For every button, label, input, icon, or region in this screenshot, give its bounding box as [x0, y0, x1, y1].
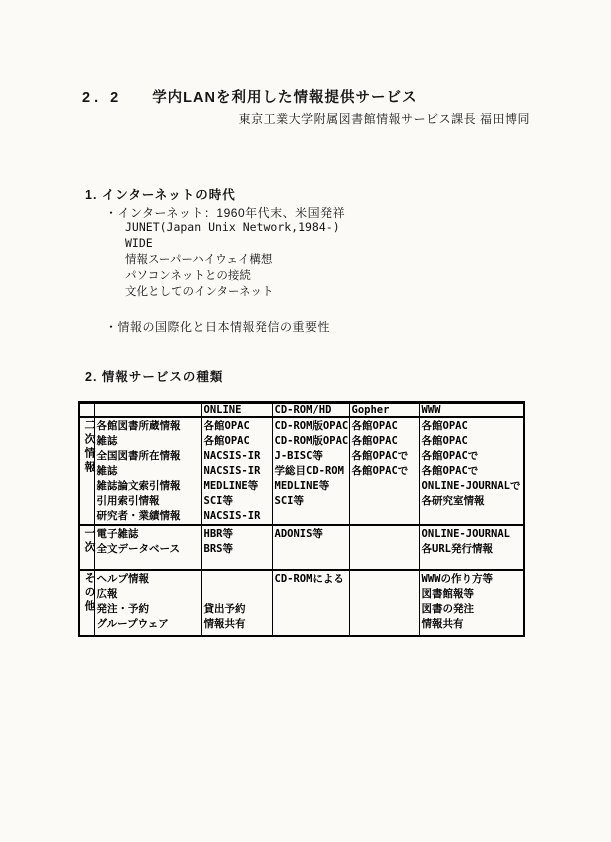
table-cell-line: 情報共有: [204, 617, 270, 632]
table-cell-line: 各館図書所蔵情報: [97, 419, 199, 434]
section1-subitem: 文化としてのインターネット: [125, 283, 340, 299]
table-cell-line: 雑誌論文索引情報: [97, 479, 199, 494]
table-cell-line: CD-ROM版OPAC: [275, 434, 347, 449]
table-cell: CD-ROM版OPACCD-ROM版OPACJ-BISC等学総目CD-ROMME…: [272, 417, 349, 525]
table-cell-line: 各研究室情報: [422, 494, 522, 509]
table-cell-line: SCI等: [204, 494, 270, 509]
group-label: 一次: [79, 525, 94, 570]
table-cell-line: SCI等: [275, 494, 347, 509]
table-cell: 電子雑誌全文データベース: [94, 525, 201, 570]
table-cell-line: グループウェア: [97, 617, 199, 632]
table-cell-line: [352, 587, 417, 602]
table-cell-line: 研究者・業績情報: [97, 509, 199, 524]
section1-subitem: WIDE: [125, 235, 340, 251]
table-group-row: その他ヘルプ情報広報発注・予約グループウェア 貸出予約情報共有CD-ROMによる…: [79, 570, 524, 636]
table-cell-line: 広報: [97, 587, 199, 602]
section1-subitem: 情報スーパーハイウェイ構想: [125, 251, 340, 267]
table-cell-line: [352, 509, 417, 524]
table-cell-line: 図書の発注: [422, 602, 522, 617]
table-cell-line: NACSIS-IR: [204, 464, 270, 479]
table-cell-line: 各URL発行情報: [422, 542, 522, 557]
table-cell-line: [204, 572, 270, 587]
table-cell-line: [422, 509, 522, 524]
table-cell-line: 雑誌: [97, 464, 199, 479]
table-cell-line: NACSIS-IR: [204, 509, 270, 524]
page-title: 学内LANを利用した情報提供サービス: [152, 90, 417, 106]
table-cell-line: 引用索引情報: [97, 494, 199, 509]
table-cell: ONLINE-JOURNAL各URL発行情報: [419, 525, 524, 570]
section1-subitem: JUNET(Japan Unix Network,1984-): [125, 219, 340, 235]
table-cell-line: CD-ROM版OPAC: [275, 419, 347, 434]
table-cell: 各館OPAC各館OPACNACSIS-IRNACSIS-IRMEDLINE等SC…: [201, 417, 272, 525]
table-cell-line: [352, 494, 417, 509]
table-cell-line: [352, 542, 417, 557]
table-cell-line: 全文データベース: [97, 542, 199, 557]
table-cell-line: [275, 509, 347, 524]
table-cell: 各館図書所蔵情報雑誌全国図書所在情報雑誌雑誌論文索引情報引用索引情報研究者・業績…: [94, 417, 201, 525]
table-cell-line: 各館OPACで: [422, 464, 522, 479]
table-cell-line: 情報共有: [422, 617, 522, 632]
table-cell: 各館OPAC各館OPAC各館OPACで各館OPACで: [349, 417, 419, 525]
table-cell-line: [275, 617, 347, 632]
table-cell-line: 電子雑誌: [97, 527, 199, 542]
table-cell-line: [352, 572, 417, 587]
table-cell-line: 図書館報等: [422, 587, 522, 602]
table-cell-line: 各館OPAC: [204, 434, 270, 449]
table-cell-line: MEDLINE等: [204, 479, 270, 494]
table-group-row: 二次情報各館図書所蔵情報雑誌全国図書所在情報雑誌雑誌論文索引情報引用索引情報研究…: [79, 417, 524, 525]
table-cell-line: BRS等: [204, 542, 270, 557]
table-cell-line: 各館OPACで: [352, 449, 417, 464]
table-cell: ADONIS等: [272, 525, 349, 570]
header-cell-empty-category: [94, 403, 201, 418]
header-cell-empty-label: [79, 403, 94, 418]
document-page: { "colors": { "ink": "#151515", "paper":…: [0, 0, 611, 842]
table-cell-line: J-BISC等: [275, 449, 347, 464]
table-cell-line: 学総目CD-ROM: [275, 464, 347, 479]
table-cell-line: WWWの作り方等: [422, 572, 522, 587]
group-label-text: 二次情報: [82, 419, 96, 475]
table-cell-line: 雑誌: [97, 434, 199, 449]
header-cell-www: WWW: [419, 403, 524, 418]
table-cell-line: [275, 587, 347, 602]
byline: 東京工業大学附属図書館情報サービス課長 福田博同: [78, 110, 530, 127]
table-cell-line: [352, 602, 417, 617]
table-cell-line: CD-ROMによる: [275, 572, 347, 587]
group-label-text: 一次: [82, 527, 96, 555]
table-cell-line: MEDLINE等: [275, 479, 347, 494]
table-group-row: 一次電子雑誌全文データベースHBR等BRS等ADONIS等 ONLINE-JOU…: [79, 525, 524, 570]
table-cell-line: [352, 617, 417, 632]
section-number: 2. 2: [82, 90, 122, 106]
table-cell-line: NACSIS-IR: [204, 449, 270, 464]
table-cell-line: ONLINE-JOURNAL: [422, 527, 522, 542]
table-cell-line: HBR等: [204, 527, 270, 542]
table-cell-line: 各館OPAC: [204, 419, 270, 434]
section2-heading: 2. 情報サービスの種類: [85, 367, 223, 385]
table-cell-line: 各館OPAC: [352, 434, 417, 449]
services-table: ONLINE CD-ROM/HD Gopher WWW 二次情報各館図書所蔵情報…: [78, 401, 525, 637]
table-cell: HBR等BRS等: [201, 525, 272, 570]
table-cell-line: ヘルプ情報: [97, 572, 199, 587]
table-cell-line: [275, 542, 347, 557]
table-cell: ヘルプ情報広報発注・予約グループウェア: [94, 570, 201, 636]
table-cell: 貸出予約情報共有: [201, 570, 272, 636]
table-cell-line: 各館OPAC: [352, 419, 417, 434]
table-cell-line: [204, 587, 270, 602]
header-cell-online: ONLINE: [201, 403, 272, 418]
page-title-row: 2. 2学内LANを利用した情報提供サービス: [82, 86, 418, 107]
table-cell-line: 貸出予約: [204, 602, 270, 617]
table-cell-line: 各館OPAC: [422, 419, 522, 434]
table-header-row: ONLINE CD-ROM/HD Gopher WWW: [79, 403, 524, 418]
table-cell-line: 各館OPACで: [352, 464, 417, 479]
section1-bullet-internationalization: ・情報の国際化と日本情報発信の重要性: [105, 318, 330, 335]
group-label: その他: [79, 570, 94, 636]
table-cell: 各館OPAC各館OPAC各館OPACで各館OPACでONLINE-JOURNAL…: [419, 417, 524, 525]
table-cell-line: 各館OPACで: [422, 449, 522, 464]
table-cell: WWWの作り方等図書館報等図書の発注情報共有: [419, 570, 524, 636]
table-cell-line: 各館OPAC: [422, 434, 522, 449]
table-cell-line: ONLINE-JOURNALで: [422, 479, 522, 494]
table-cell: [349, 525, 419, 570]
section1-subitem: パソコンネットとの接続: [125, 267, 340, 283]
table-cell-line: ADONIS等: [275, 527, 347, 542]
group-label-text: その他: [82, 572, 96, 614]
section1-heading: 1. インターネットの時代: [85, 185, 236, 203]
table-cell-line: [352, 479, 417, 494]
table-cell-line: [352, 527, 417, 542]
table-cell-line: 全国図書所在情報: [97, 449, 199, 464]
table-cell-line: 発注・予約: [97, 602, 199, 617]
table-cell-line: [275, 602, 347, 617]
page: 2. 2学内LANを利用した情報提供サービス 東京工業大学附属図書館情報サービス…: [0, 0, 611, 842]
table-cell: [349, 570, 419, 636]
header-cell-cdrom-hd: CD-ROM/HD: [272, 403, 349, 418]
table-cell: CD-ROMによる: [272, 570, 349, 636]
header-cell-gopher: Gopher: [349, 403, 419, 418]
group-label: 二次情報: [79, 417, 94, 525]
section1-subitems: JUNET(Japan Unix Network,1984-)WIDE情報スーパ…: [125, 219, 340, 299]
